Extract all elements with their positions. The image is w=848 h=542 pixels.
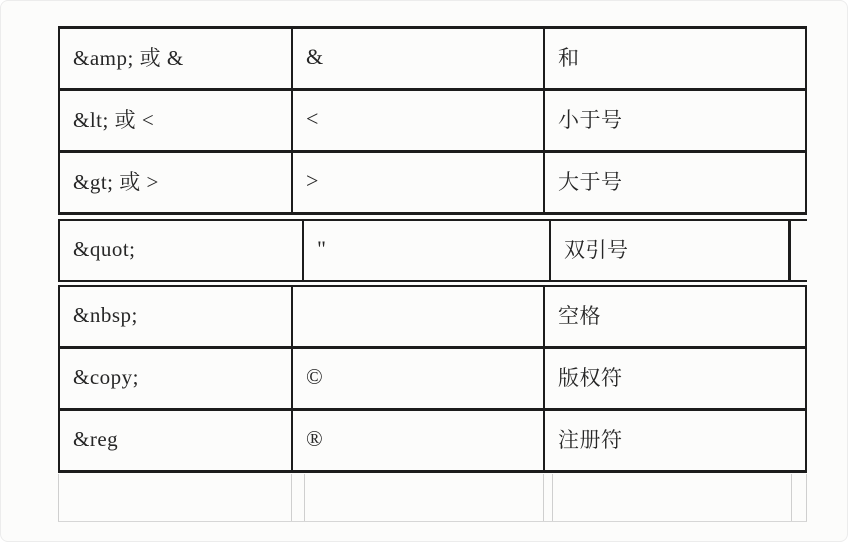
entity-cell: &reg <box>60 411 293 470</box>
symbol-cell: < <box>293 91 545 150</box>
description-cell: 版权符 <box>545 349 805 408</box>
table-row-reg: &reg ® 注册符 <box>60 408 805 470</box>
table-row-quot: &quot; " 双引号 <box>58 219 807 282</box>
symbol-cell <box>293 287 545 346</box>
footer-divider <box>552 474 553 521</box>
description-cell: 和 <box>545 29 805 88</box>
entity-cell: &amp; 或 & <box>60 29 293 88</box>
symbol-cell: " <box>304 221 551 280</box>
scanned-page: &amp; 或 & & 和 &lt; 或 < < 小于号 &gt; 或 > > … <box>0 0 848 542</box>
symbol-cell: © <box>293 349 545 408</box>
table-footer-row <box>58 474 807 522</box>
symbol-cell: ® <box>293 411 545 470</box>
footer-divider <box>543 474 544 521</box>
footer-divider <box>791 474 792 521</box>
entity-table-upper: &amp; 或 & & 和 &lt; 或 < < 小于号 &gt; 或 > > … <box>58 26 807 215</box>
table-row-nbsp: &nbsp; 空格 <box>60 287 805 346</box>
description-cell: 小于号 <box>545 91 805 150</box>
table-row-gt: &gt; 或 > > 大于号 <box>60 150 805 212</box>
entity-cell: &copy; <box>60 349 293 408</box>
footer-divider <box>304 474 305 521</box>
description-cell: 大于号 <box>545 153 805 212</box>
symbol-cell: > <box>293 153 545 212</box>
description-cell: 空格 <box>545 287 805 346</box>
entity-cell: &nbsp; <box>60 287 293 346</box>
row-edge-gap <box>791 221 807 280</box>
table-row-lt: &lt; 或 < < 小于号 <box>60 88 805 150</box>
table-row-copy: &copy; © 版权符 <box>60 346 805 408</box>
description-cell: 注册符 <box>545 411 805 470</box>
description-cell: 双引号 <box>551 221 791 280</box>
symbol-cell: & <box>293 29 545 88</box>
entity-cell: &lt; 或 < <box>60 91 293 150</box>
table-row-amp: &amp; 或 & & 和 <box>60 29 805 88</box>
footer-divider <box>291 474 292 521</box>
entity-cell: &quot; <box>60 221 304 280</box>
entity-table-lower: &nbsp; 空格 &copy; © 版权符 &reg ® 注册符 <box>58 285 807 473</box>
entity-cell: &gt; 或 > <box>60 153 293 212</box>
